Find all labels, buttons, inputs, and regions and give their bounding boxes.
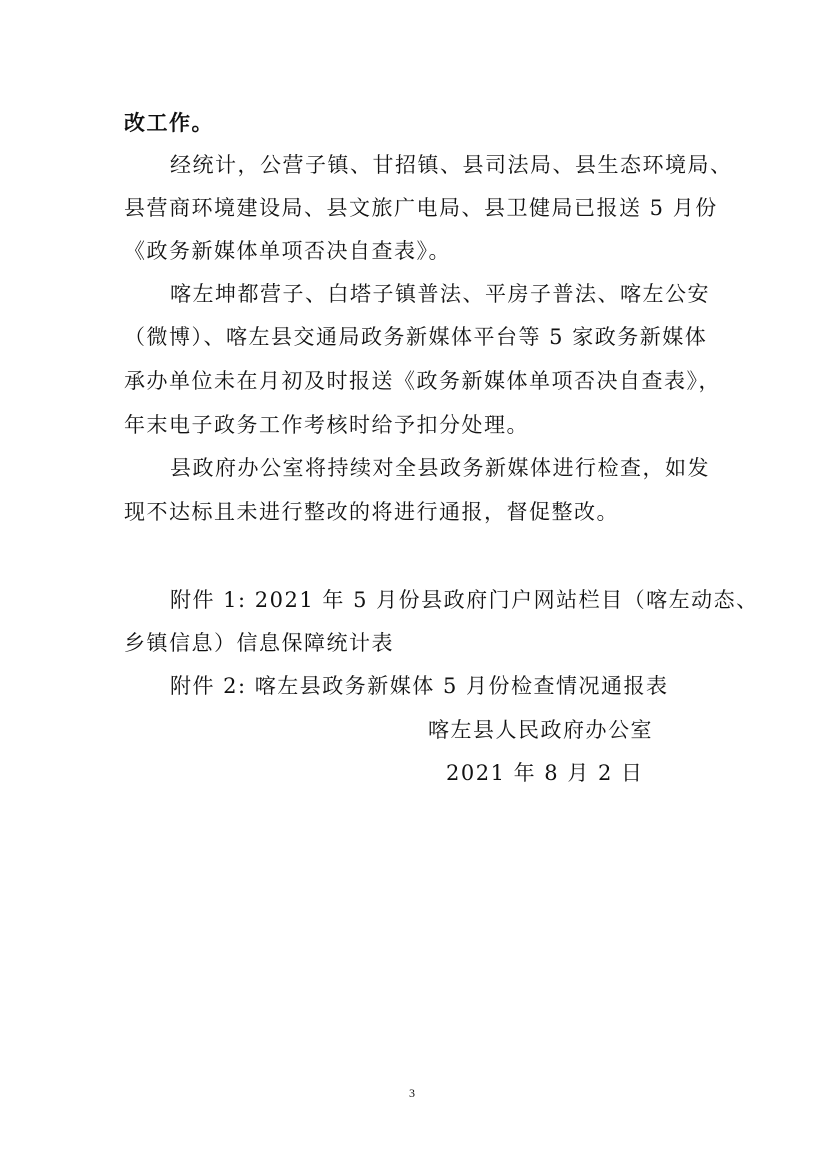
- body-line: 县营商环境建设局、县文旅广电局、县卫健局已报送 5 月份: [124, 193, 704, 223]
- attachment-1-line: 附件 1: 2021 年 5 月份县政府门户网站栏目（喀左动态、: [170, 585, 704, 615]
- body-line: 现不达标且未进行整改的将进行通报，督促整改。: [124, 497, 619, 527]
- document-page: 改工作。 经统计，公营子镇、甘招镇、县司法局、县生态环境局、 县营商环境建设局、…: [0, 0, 827, 1169]
- body-line: 县政府办公室将持续对全县政务新媒体进行检查，如发: [170, 453, 704, 483]
- body-line: 经统计，公营子镇、甘招镇、县司法局、县生态环境局、: [170, 150, 704, 180]
- paragraph-end-line: 改工作。: [124, 108, 214, 138]
- page-number: 3: [409, 1086, 415, 1101]
- attachment-2-line: 附件 2: 喀左县政务新媒体 5 月份检查情况通报表: [170, 671, 669, 701]
- body-line: 年末电子政务工作考核时给予扣分处理。: [124, 410, 529, 440]
- issuer-signature: 喀左县人民政府办公室: [428, 715, 653, 745]
- attachment-1-line-cont: 乡镇信息）信息保障统计表: [124, 628, 394, 658]
- body-line: （微博）、喀左县交通局政务新媒体平台等 5 家政务新媒体: [124, 322, 704, 352]
- issue-date: 2021 年 8 月 2 日: [446, 758, 644, 788]
- body-line: 喀左坤都营子、白塔子镇普法、平房子普法、喀左公安: [170, 279, 704, 309]
- body-line: 《政务新媒体单项否决自查表》。: [124, 236, 451, 266]
- body-line: 承办单位未在月初及时报送《政务新媒体单项否决自查表》，: [124, 366, 704, 396]
